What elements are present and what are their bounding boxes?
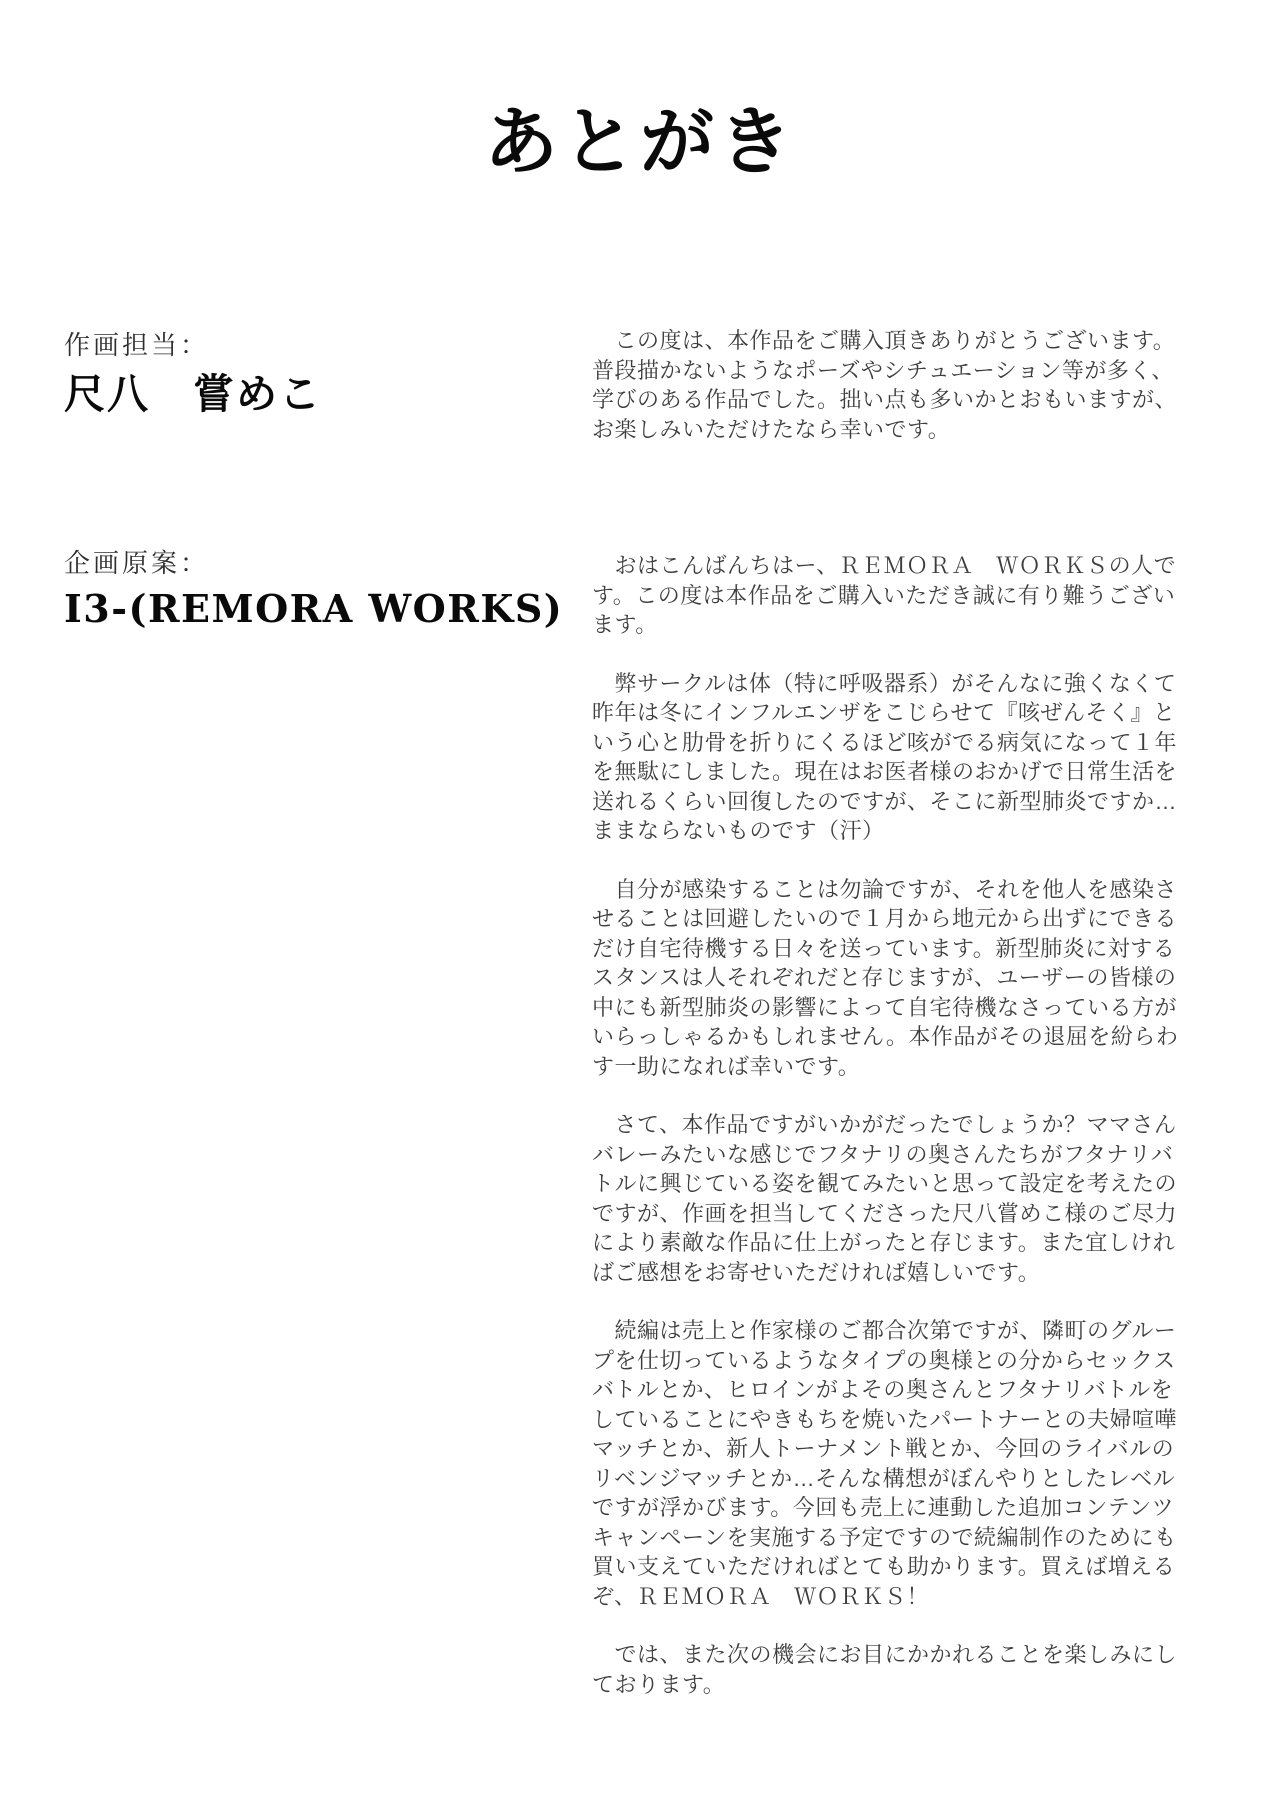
plan-credit-block: 企画原案： I3-(REMORA WORKS)	[64, 546, 563, 632]
page-title: あとがき	[0, 100, 1280, 184]
afterword-paragraph: さて、本作品ですがいかがだったでしょうか？ママさん バレーみたいな感じでフタナリ…	[592, 1110, 1232, 1287]
plan-credit-name: I3-(REMORA WORKS)	[64, 586, 563, 632]
afterword-paragraph: 続編は売上と作家様のご都合次第ですが、隣町のグルー プを仕切っているようなタイプ…	[592, 1316, 1232, 1611]
plan-credit-label: 企画原案：	[64, 546, 563, 580]
art-credit-name: 尺八 嘗めこ	[64, 370, 322, 418]
afterword-paragraph-artist: この度は、本作品をご購入頂きありがとうございます。 普段描かないようなポーズやシ…	[592, 326, 1232, 444]
afterword-body: この度は、本作品をご購入頂きありがとうございます。 普段描かないようなポーズやシ…	[592, 326, 1232, 1728]
afterword-paragraph: おはこんばんちはー、ＲＥＭＯＲＡ ＷＯＲＫＳの人で す。この度は本作品をご購入い…	[592, 551, 1232, 640]
art-credit-block: 作画担当： 尺八 嘗めこ	[64, 328, 322, 418]
afterword-paragraph: 弊サークルは体（特に呼吸器系）がそんなに強くなくて 昨年は冬にインフルエンザをこ…	[592, 669, 1232, 846]
afterword-paragraph: では、また次の機会にお目にかかれることを楽しみにし ております。	[592, 1640, 1232, 1699]
art-credit-label: 作画担当：	[64, 328, 322, 362]
afterword-page: あとがき 作画担当： 尺八 嘗めこ 企画原案： I3-(REMORA WORKS…	[0, 0, 1280, 1811]
afterword-paragraph: 自分が感染することは勿論ですが、それを他人を感染さ せることは回避したいので１月…	[592, 875, 1232, 1082]
